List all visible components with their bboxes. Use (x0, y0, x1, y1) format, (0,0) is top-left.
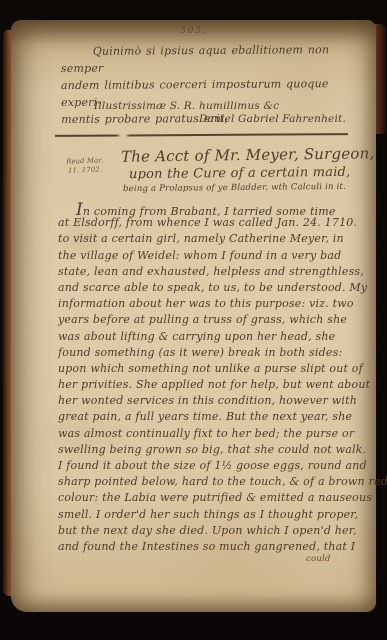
account-title-line3: being a Prolapsus of ye Bladder, wth Cal… (123, 182, 346, 194)
manuscript-line: her wonted services in this condition, h… (58, 394, 361, 410)
letter-subscription: Illustrissimæ S. R. humillimus &c (94, 100, 279, 112)
section-divider-rule (55, 133, 348, 136)
manuscript-line: but the next day she died. Upon which I … (58, 524, 361, 540)
manuscript-line: at Elsdorff, from whence I was called Ja… (58, 216, 361, 232)
manuscript-line: her privities. She applied not for help,… (58, 378, 361, 394)
margin-note-read-date: Read Mar. 11. 1702. (59, 156, 112, 176)
manuscript-line: information about her was to this purpos… (58, 297, 361, 313)
margin-note-line: 11. 1702. (59, 165, 111, 176)
account-title-line1: The Acct of Mr. Meyer, Surgeon, (121, 144, 375, 166)
page-number: 503. (11, 26, 376, 36)
manuscript-page: 503. Quinimò si ipsius aqua eballitionem… (11, 20, 376, 612)
letter-signature: Daniel Gabriel Fahrenheit. (199, 113, 346, 125)
catchword: could (306, 554, 331, 564)
manuscript-line: state, lean and exhausted, helpless and … (58, 265, 361, 281)
manuscript-line: the village of Weidel: whom I found in a… (58, 249, 361, 265)
latin-line: Quinimò si ipsius aqua eballitionem non … (61, 41, 361, 77)
manuscript-line: upon which something not unlike a purse … (58, 362, 361, 378)
manuscript-line: found something (as it were) break in bo… (58, 346, 361, 362)
account-body-text: In coming from Brabant, I tarried some t… (58, 200, 361, 556)
manuscript-line: In coming from Brabant, I tarried some t… (58, 200, 361, 216)
manuscript-line: colour: the Labia were putrified & emitt… (58, 491, 361, 507)
manuscript-line: and scarce able to speak, to us, to be u… (58, 281, 361, 297)
manuscript-line: sharp pointed below, hard to the touch, … (58, 475, 361, 491)
manuscript-line: was almost continually fixt to her bed; … (58, 427, 361, 443)
manuscript-line: swelling being grown so big, that she co… (58, 443, 361, 459)
manuscript-line: to visit a certain girl, namely Catherin… (58, 232, 361, 248)
manuscript-line: was about lifting & carrying upon her he… (58, 330, 361, 346)
manuscript-line: smell. I order'd her such things as I th… (58, 508, 361, 524)
manuscript-line: years before at pulling a truss of grass… (58, 313, 361, 329)
account-title-line2: upon the Cure of a certain maid, (129, 165, 351, 182)
manuscript-line: great pain, a full years time. But the n… (58, 410, 361, 426)
manuscript-line: I found it about the size of 1½ goose eg… (58, 459, 361, 475)
manuscript-photo: 503. Quinimò si ipsius aqua eballitionem… (0, 0, 387, 640)
